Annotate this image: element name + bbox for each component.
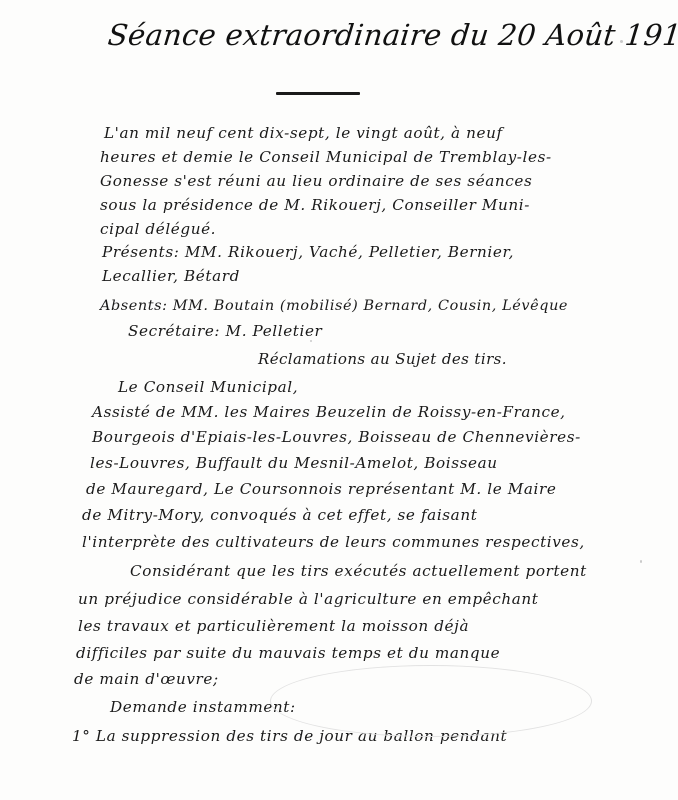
text-line: Considérant que les tirs exécutés actuel… bbox=[130, 562, 587, 580]
text-line: heures et demie le Conseil Municipal de … bbox=[100, 148, 552, 166]
section-heading: Réclamations au Sujet des tirs. bbox=[258, 350, 507, 368]
text-line: Assisté de MM. les Maires Beuzelin de Ro… bbox=[92, 403, 566, 421]
secretary: Secrétaire: M. Pelletier bbox=[128, 322, 322, 340]
text-line: Gonesse s'est réuni au lieu ordinaire de… bbox=[100, 172, 532, 190]
title-underline bbox=[276, 92, 360, 95]
paper-speck bbox=[620, 40, 623, 43]
paper-speck bbox=[640, 560, 642, 563]
paper-speck bbox=[310, 340, 312, 342]
text-line: les travaux et particulièrement la moiss… bbox=[78, 617, 469, 635]
text-line: cipal délégué. bbox=[100, 220, 216, 238]
attendees-absent: Absents: MM. Boutain (mobilisé) Bernard,… bbox=[100, 298, 568, 314]
manuscript-page: Séance extraordinaire du 20 Août 1917. L… bbox=[0, 0, 678, 800]
attendees-present-cont: Lecallier, Bétard bbox=[102, 267, 240, 285]
text-line: sous la présidence de M. Rikouerj, Conse… bbox=[100, 196, 530, 214]
text-line: difficiles par suite du mauvais temps et… bbox=[76, 644, 500, 662]
document-title: Séance extraordinaire du 20 Août 1917. bbox=[106, 18, 678, 52]
attendees-present: Présents: MM. Rikouerj, Vaché, Pelletier… bbox=[102, 243, 514, 261]
text-line: L'an mil neuf cent dix-sept, le vingt ao… bbox=[104, 124, 503, 142]
text-line: Demande instamment: bbox=[110, 698, 296, 716]
text-line: de main d'œuvre; bbox=[74, 670, 219, 688]
text-line: de Mitry-Mory, convoqués à cet effet, se… bbox=[82, 506, 477, 524]
text-line: les-Louvres, Buffault du Mesnil-Amelot, … bbox=[90, 454, 498, 472]
text-line: l'interprète des cultivateurs de leurs c… bbox=[82, 533, 585, 551]
text-line: Bourgeois d'Epiais-les-Louvres, Boisseau… bbox=[92, 428, 581, 446]
text-line: de Mauregard, Le Coursonnois représentan… bbox=[86, 480, 556, 498]
numbered-item: 1° La suppression des tirs de jour au ba… bbox=[72, 727, 507, 745]
text-line: Le Conseil Municipal, bbox=[118, 378, 298, 396]
text-line: un préjudice considérable à l'agricultur… bbox=[78, 590, 539, 608]
